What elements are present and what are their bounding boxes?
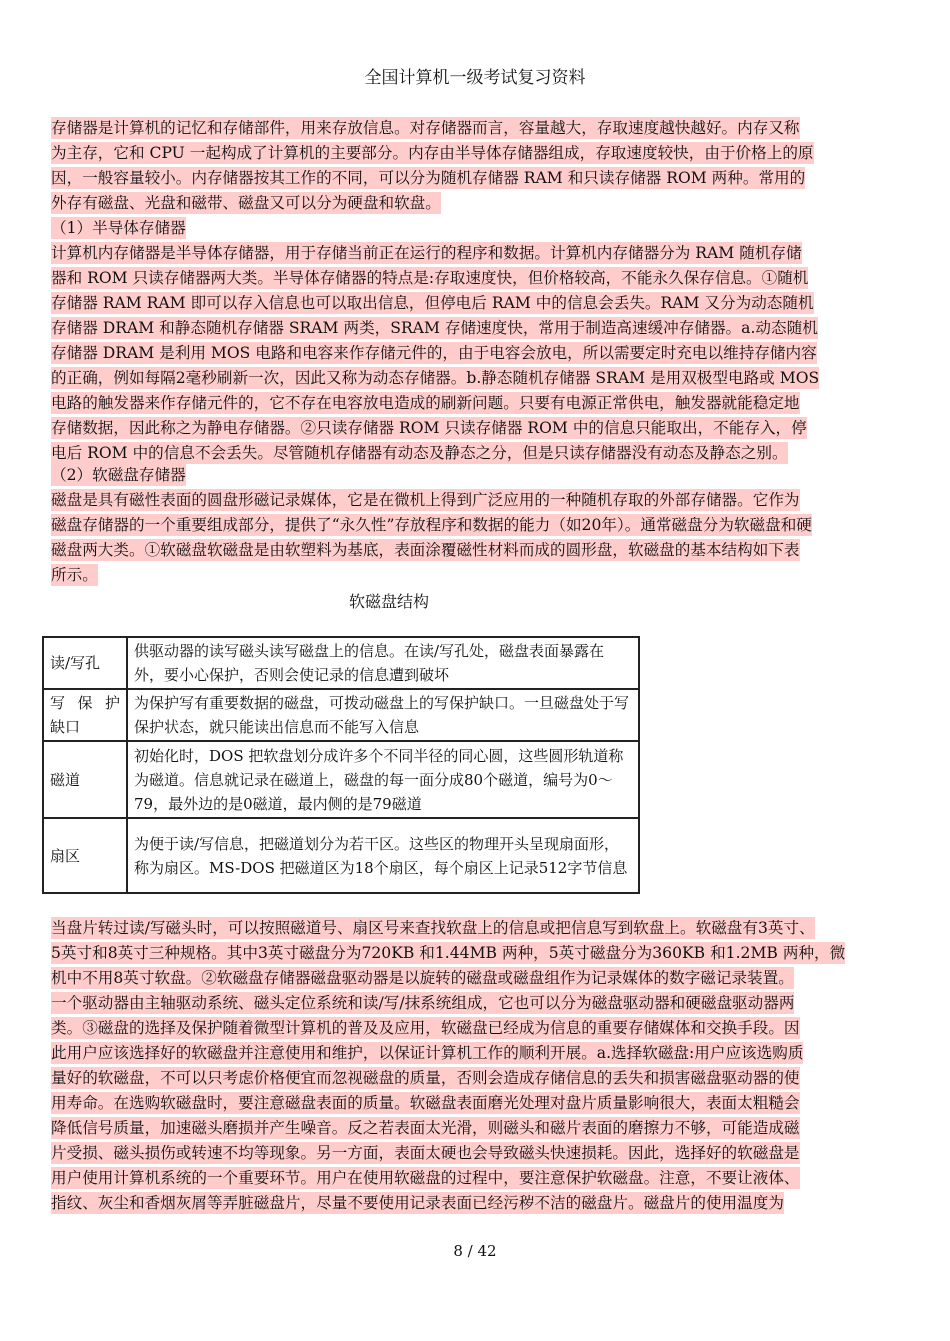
text-line: 存储器 DRAM 和静态随机存储器 SRAM 两类，SRAM 存储速度快，常用于… [51, 317, 818, 339]
document-title: 全国计算机一级考试复习资料 [365, 68, 586, 88]
text-line: 降低信号质量，加速磁头磨损并产生噪音。反之若表面太光滑，则磁头和磁片表面的磨擦力… [51, 1117, 800, 1139]
table-cell-term: 磁道 [43, 741, 127, 818]
document-header: 全国计算机一级考试复习资料 [0, 66, 950, 90]
page-indicator: 8 / 42 [453, 1242, 496, 1260]
text-line: 器和 ROM 只读存储器两大类。半导体存储器的特点是:存取速度快，但价格较高，不… [51, 267, 808, 289]
text-line: 此用户应该选择好的软磁盘并注意使用和维护，以保证计算机工作的顺利开展。a.选择软… [51, 1042, 803, 1064]
table-cell-desc: 初始化时，DOS 把软盘划分成许多个不同半径的同心圆，这些圆形轨道称为磁道。信息… [127, 741, 639, 818]
table-row: 扇区 为便于读/写信息，把磁道划分为若干区。这些区的物理开头呈现扇面形，称为扇区… [43, 818, 639, 893]
section-floppy-disk-memory: （2）软磁盘存储器 磁盘是具有磁性表面的圆盘形磁记录媒体，它是在微机上得到广泛应… [51, 463, 855, 588]
section-heading: （2）软磁盘存储器 [51, 464, 186, 486]
table-row: 读/写孔 供驱动器的读写磁头读写磁盘上的信息。在读/写孔处，磁盘表面暴露在外，要… [43, 637, 639, 689]
table-cell-desc: 供驱动器的读写磁头读写磁盘上的信息。在读/写孔处，磁盘表面暴露在外，要小心保护，… [127, 637, 639, 689]
section-floppy-details: 当盘片转过读/写磁头时，可以按照磁道号、扇区号来查找软盘上的信息或把信息写到软盘… [51, 916, 855, 1216]
text-line: 存储器 DRAM 是利用 MOS 电路和电容来作存储元件的，由于电容会放电，所以… [51, 342, 817, 364]
table-cell-term: 读/写孔 [43, 637, 127, 689]
text-line: 用户使用计算机系统的一个重要环节。用户在使用软磁盘的过程中，要注意保护软磁盘。注… [51, 1167, 800, 1189]
floppy-structure-table: 读/写孔 供驱动器的读写磁头读写磁盘上的信息。在读/写孔处，磁盘表面暴露在外，要… [42, 636, 640, 894]
text-line: 的正确，例如每隔2毫秒刷新一次，因此又称为动态存储器。b.静态随机存储器 SRA… [51, 367, 819, 389]
text-line: 当盘片转过读/写磁头时，可以按照磁道号、扇区号来查找软盘上的信息或把信息写到软盘… [51, 917, 815, 939]
text-line: 一个驱动器由主轴驱动系统、磁头定位系统和读/写/抹系统组成，它也可以分为磁盘驱动… [51, 992, 794, 1014]
table-cell-term: 扇区 [43, 818, 127, 893]
text-line: 存储数据，因此称之为静电存储器。②只读存储器 ROM 只读存储器 ROM 中的信… [51, 417, 807, 439]
table-cell-desc: 为便于读/写信息，把磁道划分为若干区。这些区的物理开头呈现扇面形，称为扇区。MS… [127, 818, 639, 893]
text-line: 电路的触发器来作存储元件的，它不存在电容放电造成的刷新问题。只要有电源正常供电，… [51, 392, 800, 414]
text-line: 用寿命。在选购软磁盘时，要注意磁盘表面的质量。软磁盘表面磨光处理对盘片质量影响很… [51, 1092, 800, 1114]
table-cell-term: 写 保 护 缺口 [43, 689, 127, 741]
page-footer: 8 / 42 [0, 1242, 950, 1260]
text-line: 磁盘是具有磁性表面的圆盘形磁记录媒体，它是在微机上得到广泛应用的一种随机存取的外… [51, 489, 800, 511]
text-line: 磁盘两大类。①软磁盘软磁盘是由软塑料为基底，表面涂覆磁性材料而成的圆形盘，软磁盘… [51, 539, 800, 561]
text-line: 电后 ROM 中的信息不会丢失。尽管随机存储器有动态及静态之分，但是只读存储器没… [51, 442, 788, 464]
text-line: 计算机内存储器是半导体存储器，用于存储当前正在运行的程序和数据。计算机内存储器分… [51, 242, 802, 264]
table-caption: 软磁盘结构 [0, 589, 778, 612]
text-line: 因，一般容量较小。内存储器按其工作的不同，可以分为随机存储器 RAM 和只读存储… [51, 167, 805, 189]
text-line: 机中不用8英寸软盘。②软磁盘存储器磁盘驱动器是以旋转的磁盘或磁盘组作为记录媒体的… [51, 967, 794, 989]
text-line: 为主存，它和 CPU 一起构成了计算机的主要部分。内存由半导体存储器组成，存取速… [51, 142, 814, 164]
section-semiconductor-memory: （1）半导体存储器 计算机内存储器是半导体存储器，用于存储当前正在运行的程序和数… [51, 216, 855, 466]
intro-paragraph: 存储器是计算机的记忆和存储部件，用来存放信息。对存储器而言，容量越大，存取速度越… [51, 116, 855, 216]
section-heading: （1）半导体存储器 [51, 217, 186, 239]
text-line: 磁盘存储器的一个重要组成部分，提供了“永久性”存放程序和数据的能力（如20年）。… [51, 514, 812, 536]
table-row: 磁道 初始化时，DOS 把软盘划分成许多个不同半径的同心圆，这些圆形轨道称为磁道… [43, 741, 639, 818]
table-cell-desc: 为保护写有重要数据的磁盘，可拨动磁盘上的写保护缺口。一旦磁盘处于写保护状态，就只… [127, 689, 639, 741]
text-line: 5英寸和8英寸三种规格。其中3英寸磁盘分为720KB 和1.44MB 两种，5英… [51, 942, 845, 964]
text-line: 所示。 [51, 564, 98, 586]
table-row: 写 保 护 缺口 为保护写有重要数据的磁盘，可拨动磁盘上的写保护缺口。一旦磁盘处… [43, 689, 639, 741]
text-line: 存储器是计算机的记忆和存储部件，用来存放信息。对存储器而言，容量越大，存取速度越… [51, 117, 800, 139]
text-line: 类。③磁盘的选择及保护随着微型计算机的普及及应用，软磁盘已经成为信息的重要存储媒… [51, 1017, 800, 1039]
text-line: 量好的软磁盘，不可以只考虑价格便宜而忽视磁盘的质量，否则会造成存储信息的丢失和损… [51, 1067, 800, 1089]
text-line: 片受损、磁头损伤或转速不均等现象。另一方面，表面太硬也会导致磁头快速损耗。因此，… [51, 1142, 800, 1164]
text-line: 外存有磁盘、光盘和磁带、磁盘又可以分为硬盘和软盘。 [51, 192, 441, 214]
text-line: 指纹、灰尘和香烟灰屑等弄脏磁盘片，尽量不要使用记录表面已经污秽不洁的磁盘片。磁盘… [51, 1192, 784, 1214]
text-line: 存储器 RAM RAM 即可以存入信息也可以取出信息，但停电后 RAM 中的信息… [51, 292, 814, 314]
